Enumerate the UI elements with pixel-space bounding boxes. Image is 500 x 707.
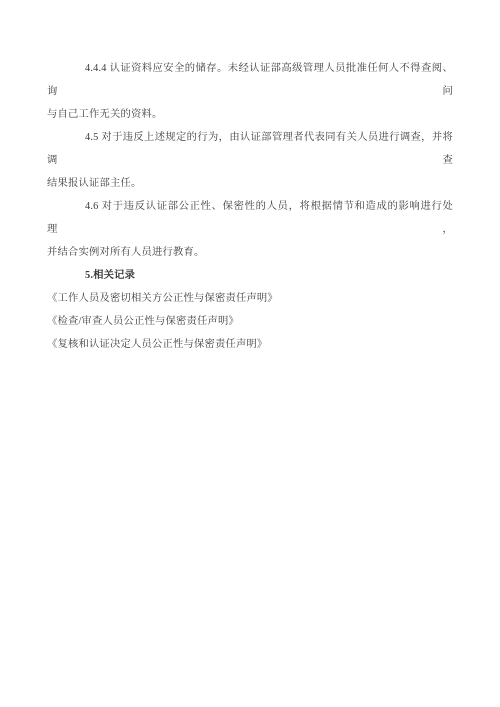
clause-4-6-line-2: 并结合实例对所有人员进行教育。 — [47, 241, 453, 264]
clause-4-4-4-line-1: 4.4.4 认证资料应安全的储存。未经认证部高级管理人员批准任何人不得查阅、询问 — [47, 57, 453, 103]
clause-4-5-line-2: 结果报认证部主任。 — [47, 172, 453, 195]
clause-4-5-line-1: 4.5 对于违反上述规定的行为，由认证部管理者代表同有关人员进行调查，并将调查 — [47, 126, 453, 172]
section-5-heading: 5.相关记录 — [47, 264, 453, 287]
clause-4-4-4-line-2: 与自己工作无关的资料。 — [47, 103, 453, 126]
document-page: 4.4.4 认证资料应安全的储存。未经认证部高级管理人员批准任何人不得查阅、询问… — [0, 0, 500, 707]
document-page-content: 4.4.4 认证资料应安全的储存。未经认证部高级管理人员批准任何人不得查阅、询问… — [47, 57, 453, 356]
record-title-staff-declaration: 《工作人员及密切相关方公正性与保密责任声明》 — [47, 287, 453, 310]
record-title-inspector-declaration: 《检查/审查人员公正性与保密责任声明》 — [47, 310, 453, 333]
clause-4-6-line-1: 4.6 对于违反认证部公正性、保密性的人员，将根据情节和造成的影响进行处理， — [47, 195, 453, 241]
record-title-review-decision-declaration: 《复核和认证决定人员公正性与保密责任声明》 — [47, 333, 453, 356]
